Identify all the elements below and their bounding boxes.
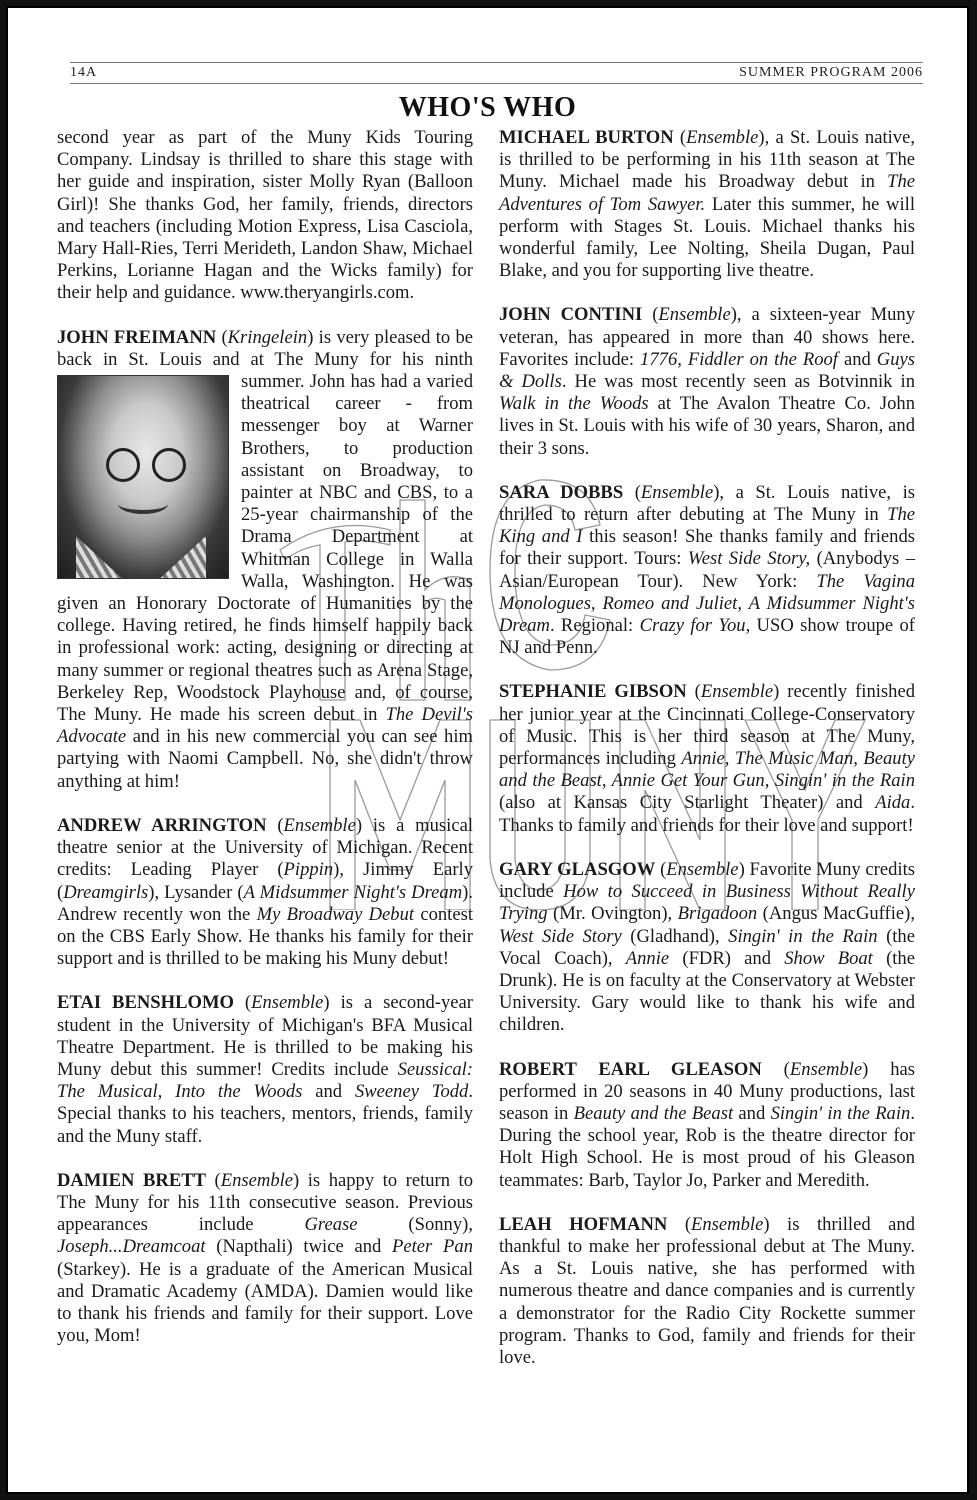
show-title: A Midsummer Night's Dream (244, 882, 463, 903)
bio-role: Ensemble (251, 992, 323, 1013)
show-title: Pippin (284, 859, 334, 880)
bio-role: Ensemble (641, 482, 713, 503)
show-title: Grease (304, 1214, 357, 1235)
show-title: West Side Story (499, 926, 622, 947)
show-title: Crazy for You (640, 615, 746, 636)
show-title: Singin' in the Rain (728, 926, 877, 947)
bio-role: Ensemble (701, 681, 773, 702)
bio-entry: ROBERT EARL GLEASON (Ensemble) has perfo… (499, 1059, 915, 1192)
bio-role: Ensemble (686, 127, 758, 148)
show-title: Annie, The Music Man, Beauty and the Bea… (499, 748, 915, 791)
bio-name: ANDREW ARRINGTON (57, 815, 267, 836)
bio-name: STEPHANIE GIBSON (499, 681, 687, 702)
show-title: West Side Story, (688, 548, 810, 569)
bio-role: Ensemble (790, 1059, 862, 1080)
bio-role: Kringelein (228, 327, 308, 348)
bio-name: LEAH HOFMANN (499, 1214, 667, 1235)
show-title: Walk in the Woods (499, 393, 649, 414)
bio-name: ETAI BENSHLOMO (57, 992, 234, 1013)
show-title: My Broadway Debut (257, 904, 414, 925)
bio-name: DAMIEN BRETT (57, 1170, 206, 1191)
bio-continued: second year as part of the Muny Kids Tou… (57, 127, 473, 305)
right-bios: MICHAEL BURTON (Ensemble), a St. Louis n… (499, 127, 915, 1369)
show-title: The Devil's Advocate (57, 704, 473, 747)
bio-role: Ensemble (284, 815, 356, 836)
bio-name: ROBERT EARL GLEASON (499, 1059, 762, 1080)
bio-name: JOHN CONTINI (499, 304, 642, 325)
show-title: Show Boat (784, 948, 873, 969)
page-title: WHO'S WHO (8, 92, 967, 124)
headshot-photo (57, 375, 229, 579)
bio-role: Ensemble (691, 1214, 763, 1235)
bio-entry: GARY GLASGOW (Ensemble) Favorite Muny cr… (499, 859, 915, 1037)
bio-entry: SARA DOBBS (Ensemble), a St. Louis nativ… (499, 482, 915, 660)
show-title: The King and I (499, 504, 915, 547)
bio-name: GARY GLASGOW (499, 859, 655, 880)
left-bios: JOHN FREIMANN (Kringelein) is very pleas… (57, 327, 473, 1348)
bio-entry: ETAI BENSHLOMO (Ensemble) is a second-ye… (57, 992, 473, 1147)
bio-name: SARA DOBBS (499, 482, 623, 503)
page-number: 14A (70, 65, 97, 81)
left-column: second year as part of the Muny Kids Tou… (57, 127, 473, 1369)
show-title: Singin' in the Rain (771, 1103, 911, 1124)
bio-entry: MICHAEL BURTON (Ensemble), a St. Louis n… (499, 127, 915, 282)
bio-role: Ensemble (221, 1170, 293, 1191)
running-header: 14A SUMMER PROGRAM 2006 (70, 62, 923, 84)
show-title: 1776, Fiddler on the Roof (640, 349, 838, 370)
bio-entry: DAMIEN BRETT (Ensemble) is happy to retu… (57, 1170, 473, 1348)
bio-entry: ANDREW ARRINGTON (Ensemble) is a musical… (57, 815, 473, 970)
publication-title: SUMMER PROGRAM 2006 (739, 65, 923, 81)
show-title: Beauty and the Beast (574, 1103, 733, 1124)
bio-entry: JOHN FREIMANN (Kringelein) is very pleas… (57, 327, 473, 793)
bio-role: Ensemble (658, 304, 730, 325)
bio-entry: LEAH HOFMANN (Ensemble) is thrilled and … (499, 1214, 915, 1369)
show-title: Joseph...Dreamcoat (57, 1236, 206, 1257)
show-title: Peter Pan (392, 1236, 473, 1257)
bio-name: MICHAEL BURTON (499, 127, 674, 148)
bio-entry: STEPHANIE GIBSON (Ensemble) recently fin… (499, 681, 915, 836)
show-title: Sweeney Todd (355, 1081, 468, 1102)
show-title: The Adventures of Tom Sawyer. (499, 171, 915, 214)
show-title: Dreamgirls (63, 882, 148, 903)
bio-name: JOHN FREIMANN (57, 327, 216, 348)
show-title: Brigadoon (678, 903, 758, 924)
show-title: Annie (626, 948, 669, 969)
bio-entry: JOHN CONTINI (Ensemble), a sixteen-year … (499, 304, 915, 459)
bio-role: Ensemble (666, 859, 738, 880)
right-column: MICHAEL BURTON (Ensemble), a St. Louis n… (499, 127, 915, 1391)
show-title: Aida (875, 792, 910, 813)
